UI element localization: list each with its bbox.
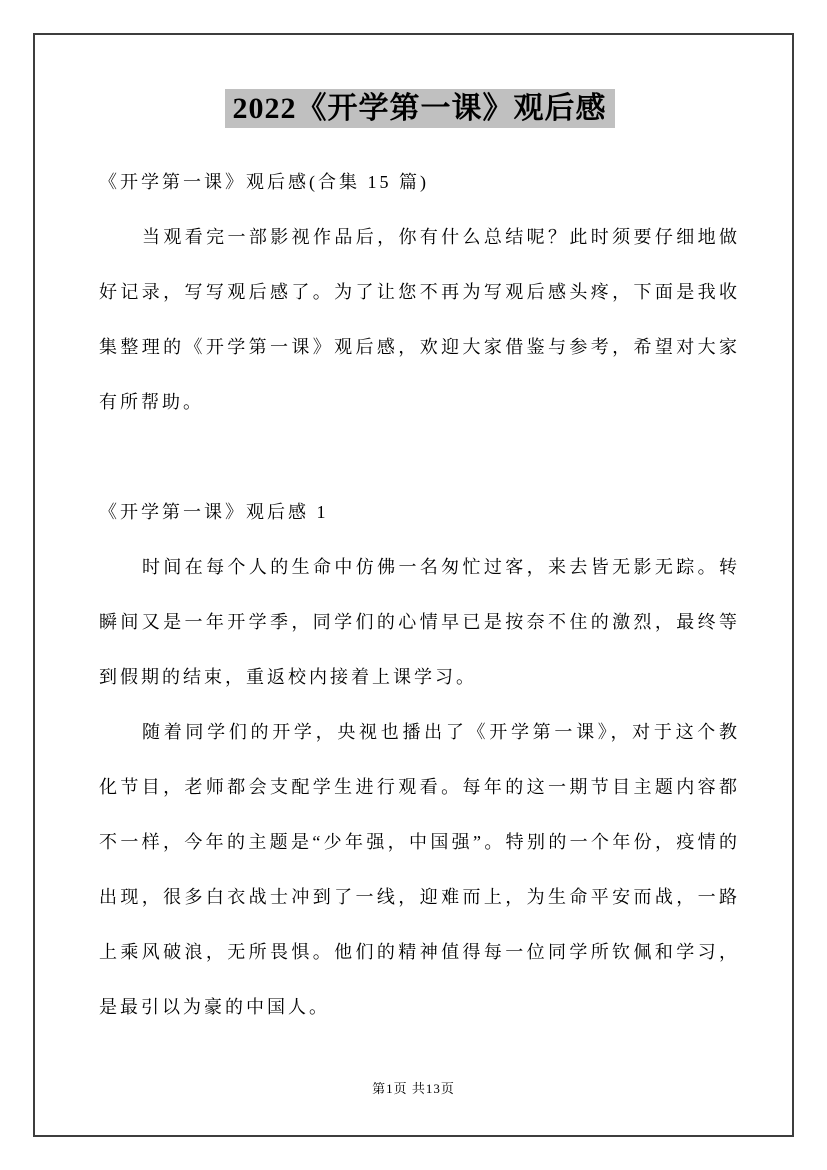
paragraph: 当观看完一部影视作品后，你有什么总结呢？此时须要仔细地做好记录，写写观后感了。为… <box>99 210 740 430</box>
blank-line <box>99 430 740 485</box>
document-title: 2022《开学第一课》观后感 <box>99 87 740 131</box>
paragraph: 时间在每个人的生命中仿佛一名匆忙过客，来去皆无影无踪。转瞬间又是一年开学季，同学… <box>99 540 740 705</box>
document-title-highlight: 2022《开学第一课》观后感 <box>225 89 615 128</box>
page-number-footer: 第1页 共13页 <box>35 1078 792 1097</box>
document-content: 2022《开学第一课》观后感 《开学第一课》观后感(合集 15 篇)当观看完一部… <box>35 35 792 1035</box>
paragraph: 《开学第一课》观后感 1 <box>99 485 740 540</box>
paragraph: 随着同学们的开学，央视也播出了《开学第一课》，对于这个教化节目，老师都会支配学生… <box>99 705 740 1035</box>
document-body: 《开学第一课》观后感(合集 15 篇)当观看完一部影视作品后，你有什么总结呢？此… <box>99 155 740 1035</box>
document-page: 2022《开学第一课》观后感 《开学第一课》观后感(合集 15 篇)当观看完一部… <box>33 33 794 1137</box>
paragraph: 《开学第一课》观后感(合集 15 篇) <box>99 155 740 210</box>
